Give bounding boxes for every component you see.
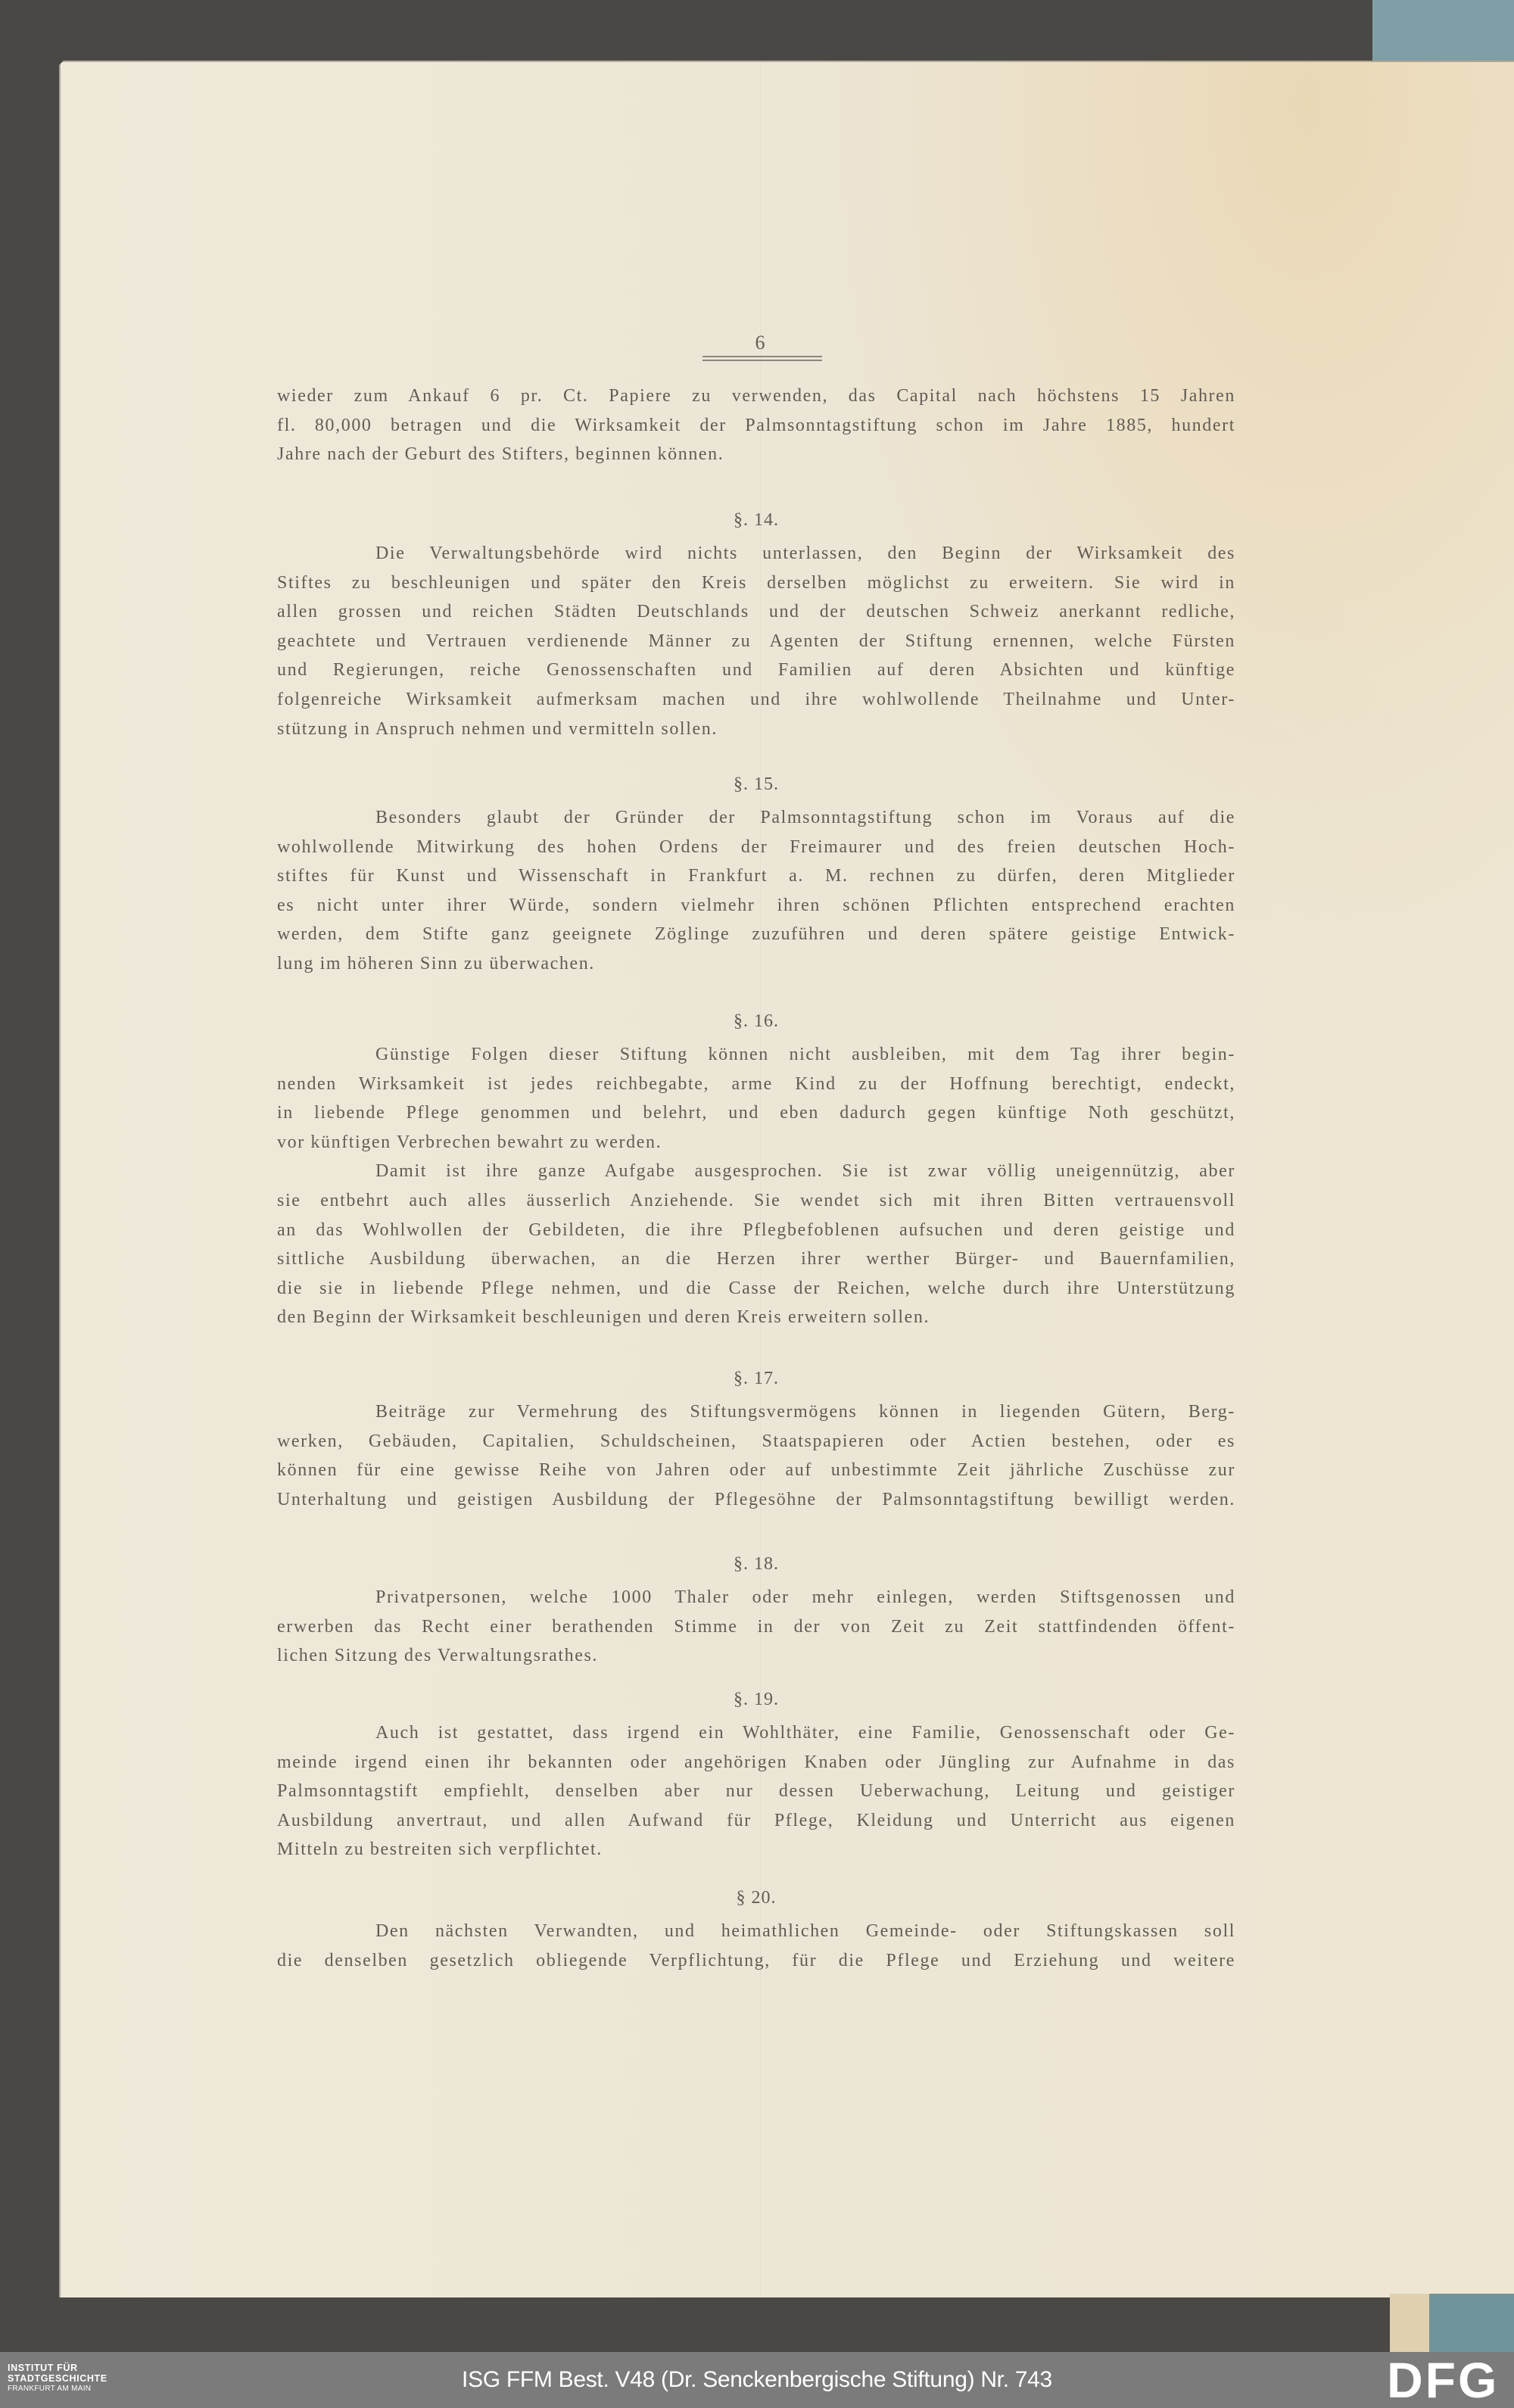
text-line: Stiftes zu beschleunigen und später den … [277, 569, 1235, 598]
section-heading: §. 19. [277, 1685, 1235, 1718]
background-tan-strip [1390, 2294, 1429, 2353]
text-line: stiftes für Kunst und Wissenschaft in Fr… [277, 861, 1235, 891]
text-line: Beiträge zur Vermehrung des Stiftungsver… [277, 1397, 1235, 1427]
background-teal-board [1429, 2294, 1514, 2353]
text-line: stützung in Anspruch nehmen und vermitte… [277, 715, 1235, 744]
archive-caption: ISG FFM Best. V48 (Dr. Senckenbergische … [0, 2352, 1514, 2408]
section-heading: §. 16. [277, 1007, 1235, 1040]
text-line: und Regierungen, reiche Genossenschaften… [277, 656, 1235, 685]
text-line: Mitteln zu bestreiten sich verpflichtet. [277, 1835, 1235, 1864]
text-line: allen grossen und reichen Städten Deutsc… [277, 597, 1235, 627]
logo-line: FRANKFURT AM MAIN [8, 2384, 107, 2394]
page-number-rule [702, 356, 822, 357]
text-line: wohlwollende Mitwirkung des hohen Ordens… [277, 833, 1235, 862]
text-line: Jahre nach der Geburt des Stifters, begi… [277, 440, 1235, 469]
text-line: erwerben das Recht einer berathenden Sti… [277, 1612, 1235, 1642]
section-14: §. 14. Die Verwaltungsbehörde wird nicht… [277, 506, 1235, 743]
text-line: Die Verwaltungsbehörde wird nichts unter… [277, 539, 1235, 569]
text-line: fl. 80,000 betragen und die Wirksamkeit … [277, 411, 1235, 441]
section-18: §. 18. Privatpersonen, welche 1000 Thale… [277, 1550, 1235, 1671]
text-line: Auch ist gestattet, dass irgend ein Wohl… [277, 1718, 1235, 1748]
text-line: Palmsonntagstift empfiehlt, denselben ab… [277, 1777, 1235, 1806]
section-16: §. 16. Günstige Folgen dieser Stiftung k… [277, 1007, 1235, 1332]
section-19: §. 19. Auch ist gestattet, dass irgend e… [277, 1685, 1235, 1864]
text-line: die sie in liebende Pflege nehmen, und d… [277, 1274, 1235, 1304]
institut-stadtgeschichte-logo: INSTITUT FÜR STADTGESCHICHTE FRANKFURT A… [8, 2363, 107, 2394]
text-line: Günstige Folgen dieser Stiftung können n… [277, 1040, 1235, 1070]
text-line: werden, dem Stifte ganz geeignete Zöglin… [277, 920, 1235, 949]
page-number-rule [702, 360, 822, 361]
text-line: sie entbehrt auch alles äusserlich Anzie… [277, 1186, 1235, 1216]
text-line: nenden Wirksamkeit ist jedes reichbegabt… [277, 1070, 1235, 1099]
archive-footer: ISG FFM Best. V48 (Dr. Senckenbergische … [0, 2352, 1514, 2408]
section-heading: §. 17. [277, 1364, 1235, 1397]
text-line: den Beginn der Wirksamkeit beschleunigen… [277, 1303, 1235, 1332]
section-heading: §. 15. [277, 770, 1235, 803]
text-line: geachtete und Vertrauen verdienende Männ… [277, 627, 1235, 656]
text-line: in liebende Pflege genommen und belehrt,… [277, 1098, 1235, 1128]
section-15: §. 15. Besonders glaubt der Gründer der … [277, 770, 1235, 979]
section-heading: §. 18. [277, 1550, 1235, 1583]
text-line: wieder zum Ankauf 6 pr. Ct. Papiere zu v… [277, 382, 1235, 411]
text-line: lung im höheren Sinn zu überwachen. [277, 949, 1235, 979]
text-line: können für eine gewisse Reihe von Jahren… [277, 1456, 1235, 1485]
text-line: Ausbildung anvertraut, und allen Aufwand… [277, 1806, 1235, 1836]
section-continuation: wieder zum Ankauf 6 pr. Ct. Papiere zu v… [277, 382, 1235, 469]
section-heading: §. 14. [277, 506, 1235, 539]
text-line: es nicht unter ihrer Würde, sondern viel… [277, 891, 1235, 921]
section-17: §. 17. Beiträge zur Vermehrung des Stift… [277, 1364, 1235, 1514]
text-line: werken, Gebäuden, Capitalien, Schuldsche… [277, 1427, 1235, 1456]
text-line: folgenreiche Wirksamkeit aufmerksam mach… [277, 685, 1235, 715]
logo-line: STADTGESCHICHTE [8, 2373, 107, 2384]
text-line: Privatpersonen, welche 1000 Thaler oder … [277, 1583, 1235, 1612]
text-line: Den nächsten Verwandten, und heimathlich… [277, 1917, 1235, 1946]
dfg-logo: DFG [1387, 2357, 1499, 2403]
text-line: an das Wohlwollen der Gebildeten, die ih… [277, 1216, 1235, 1245]
section-20: § 20. Den nächsten Verwandten, und heima… [277, 1883, 1235, 1975]
logo-line: INSTITUT FÜR [8, 2363, 107, 2373]
text-line: sittliche Ausbildung überwachen, an die … [277, 1244, 1235, 1274]
text-line: Unterhaltung und geistigen Ausbildung de… [277, 1485, 1235, 1515]
text-line: die denselben gesetzlich obliegende Verp… [277, 1946, 1235, 1976]
text-line: meinde irgend einen ihr bekannten oder a… [277, 1748, 1235, 1777]
text-line: Besonders glaubt der Gründer der Palmson… [277, 803, 1235, 833]
background-blue-board [1372, 0, 1514, 62]
text-line: Damit ist ihre ganze Aufgabe ausgesproch… [277, 1157, 1235, 1186]
section-heading: § 20. [277, 1883, 1235, 1917]
text-line: lichen Sitzung des Verwaltungsrathes. [277, 1641, 1235, 1671]
text-line: vor künftigen Verbrechen bewahrt zu werd… [277, 1128, 1235, 1157]
page-number: 6 [722, 329, 798, 357]
